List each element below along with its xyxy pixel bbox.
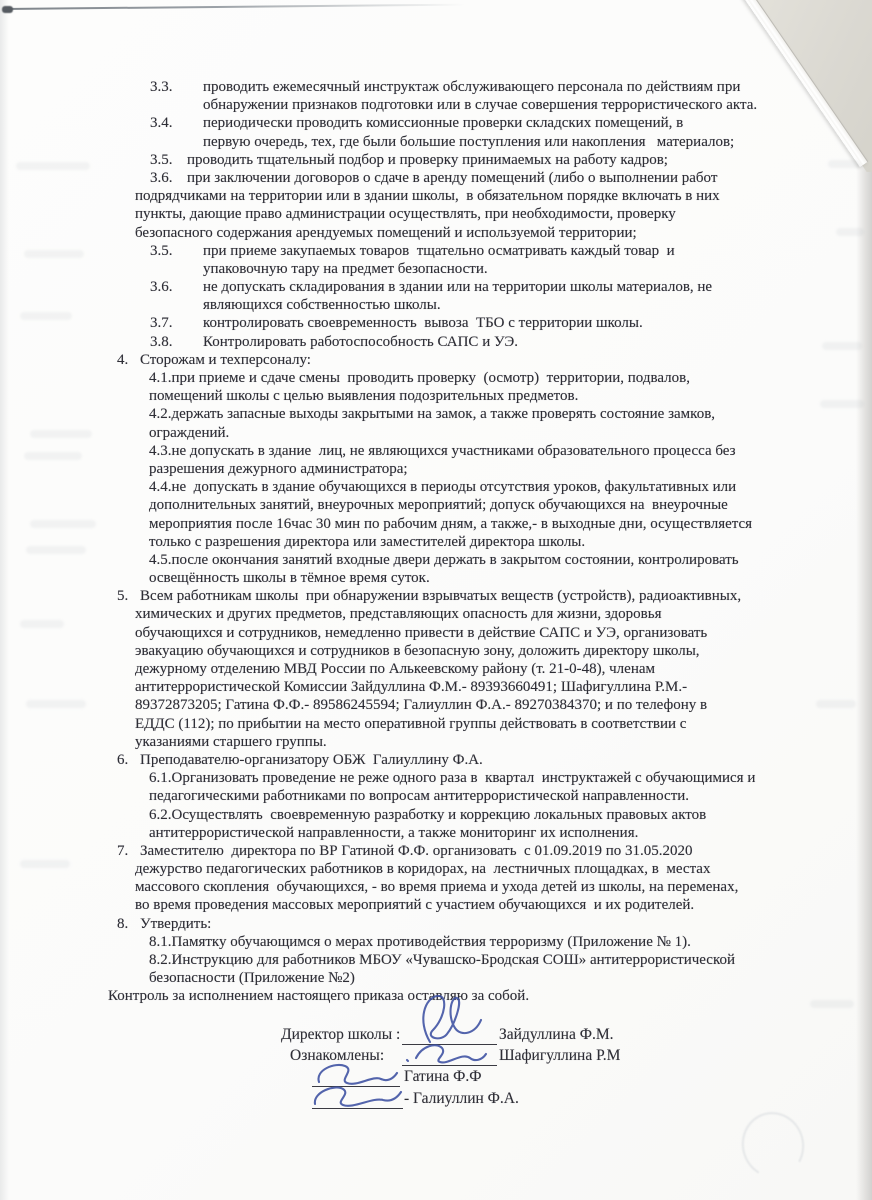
text-line: 3.5.при приеме закупаемых товаров тщател… — [0, 242, 872, 260]
text-line: во время проведения массовых мероприятий… — [0, 896, 872, 914]
handwritten-signatures — [295, 990, 525, 1115]
line-text: дополнительных занятий, внеурочных мероп… — [149, 496, 728, 514]
signature-director — [423, 996, 481, 1042]
text-line: 8.2.Инструкцию для работников МБОУ «Чува… — [0, 951, 872, 969]
line-text: во время проведения массовых мероприятий… — [135, 896, 694, 914]
line-text: Всем работникам школы при обнаружении вз… — [140, 587, 741, 605]
list-item-number: 7. — [117, 842, 128, 860]
line-text: антитеррористической направленности, а т… — [149, 824, 638, 842]
line-text: освещённость школы в тёмное время суток. — [149, 569, 430, 587]
page-top-edge-line — [4, 4, 466, 10]
text-line: 4.4.не допускать в здание обучающихся в … — [0, 478, 872, 496]
line-text: пункты, дающие право администрации осуще… — [135, 205, 676, 223]
list-item-number: 8. — [117, 915, 128, 933]
line-text: проводить ежемесячный инструктаж обслужи… — [203, 78, 740, 96]
signature-3 — [318, 1065, 397, 1084]
line-text: ЕДДС (112); по прибытии на место операти… — [135, 715, 686, 733]
list-item-number: 3.5. — [150, 242, 173, 260]
line-text: подрядчиками на территории или в здании … — [135, 187, 720, 205]
line-text: не допускать складирования в здании или … — [203, 278, 712, 296]
text-line: освещённость школы в тёмное время суток. — [0, 569, 872, 587]
text-line: 8.Утвердить: — [0, 915, 872, 933]
line-text: разрешения дежурного администратора; — [149, 460, 408, 478]
line-text: 4.3.не допускать в здание лиц, не являющ… — [149, 442, 736, 460]
text-line: мероприятия после 16час 30 мин по рабочи… — [0, 515, 872, 533]
text-line: разрешения дежурного администратора; — [0, 460, 872, 478]
list-item-number: 5. — [117, 587, 128, 605]
text-line: обучающихся и сотрудников, немедленно пр… — [0, 624, 872, 642]
text-line: антитеррористической направленности, а т… — [0, 824, 872, 842]
text-line: 7.Заместителю директора по ВР Гатиной Ф.… — [0, 842, 872, 860]
line-text: при заключении договоров о сдаче в аренд… — [187, 169, 717, 187]
text-line: 8.1.Памятку обучающимся о мерах противод… — [0, 933, 872, 951]
text-line: первую очередь, тех, где были большие по… — [0, 133, 872, 151]
line-text: дежурство педагогических работников в ко… — [135, 860, 710, 878]
text-line: 3.6.не допускать складирования в здании … — [0, 278, 872, 296]
line-text: 8.2.Инструкцию для работников МБОУ «Чува… — [149, 951, 735, 969]
line-text: при приеме закупаемых товаров тщательно … — [203, 242, 675, 260]
line-text: Утвердить: — [140, 915, 211, 933]
line-text: контролировать своевременность вывоза ТБ… — [203, 314, 643, 332]
list-item-number: 6. — [117, 751, 128, 769]
line-text: упаковочную тару на предмет безопасности… — [203, 260, 488, 278]
stamp-ghost — [735, 1105, 812, 1185]
line-text: безопасного содержания арендуемых помеще… — [135, 224, 637, 242]
line-text: проводить тщательный подбор и проверку п… — [187, 151, 668, 169]
line-text: массового скопления обучающихся, - во вр… — [135, 878, 738, 896]
text-line: ограждений. — [0, 424, 872, 442]
text-line: эвакуацию обучающихся и сотрудников в бе… — [0, 642, 872, 660]
text-line: 4.5.после окончания занятий входные двер… — [0, 551, 872, 569]
text-line: 3.4.периодически проводить комиссионные … — [0, 114, 872, 132]
text-line: 3.5.проводить тщательный подбор и провер… — [0, 151, 872, 169]
line-text: помещений школы с целью выявления подозр… — [149, 387, 578, 405]
line-text: только с разрешения директора или замест… — [149, 533, 585, 551]
text-line: ЕДДС (112); по прибытии на место операти… — [0, 715, 872, 733]
line-text: 4.2.держать запасные выходы закрытыми на… — [149, 405, 715, 423]
line-text: дежурному отделению МВД России по Алькее… — [135, 660, 655, 678]
text-line: 4.1.при приеме и сдаче смены проводить п… — [0, 369, 872, 387]
line-text: 4.4.не допускать в здание обучающихся в … — [149, 478, 736, 496]
text-line: пункты, дающие право администрации осуще… — [0, 205, 872, 223]
text-line: 3.8.Контролировать работоспособность САП… — [0, 333, 872, 351]
list-item-number: 3.6. — [150, 278, 173, 296]
text-line: 3.3.проводить ежемесячный инструктаж обс… — [0, 78, 872, 96]
list-item-number: 3.8. — [150, 333, 173, 351]
text-line: обнаружении признаков подготовки или в с… — [0, 96, 872, 114]
line-text: мероприятия после 16час 30 мин по рабочи… — [149, 515, 752, 533]
line-text: Сторожам и техперсоналу: — [140, 351, 311, 369]
signature-2 — [407, 1045, 486, 1062]
list-item-number: 3.4. — [150, 114, 173, 132]
line-text: эвакуацию обучающихся и сотрудников в бе… — [135, 642, 700, 660]
list-item-number: 3.6. — [150, 169, 173, 187]
text-line: массового скопления обучающихся, - во вр… — [0, 878, 872, 896]
signature-4 — [315, 1087, 401, 1105]
line-text: являющихся собственностью школы. — [203, 296, 441, 314]
text-line: 3.6.при заключении договоров о сдаче в а… — [0, 169, 872, 187]
line-text: 6.1.Организовать проведение не реже одно… — [149, 769, 755, 787]
text-line: указаниями старшего группы. — [0, 733, 872, 751]
list-item-number: 3.7. — [150, 314, 173, 332]
text-line: дежурство педагогических работников в ко… — [0, 860, 872, 878]
list-item-number: 3.5. — [150, 151, 173, 169]
text-line: безопасного содержания арендуемых помеще… — [0, 224, 872, 242]
line-text: безопасности (Приложение №2) — [149, 969, 355, 987]
text-line: дежурному отделению МВД России по Алькее… — [0, 660, 872, 678]
line-text: педагогическими работниками по вопросам … — [149, 787, 689, 805]
line-text: ограждений. — [149, 424, 229, 442]
text-line: подрядчиками на территории или в здании … — [0, 187, 872, 205]
line-text: первую очередь, тех, где были большие по… — [203, 133, 734, 151]
document-body: 3.3.проводить ежемесячный инструктаж обс… — [0, 78, 872, 1006]
text-line: упаковочную тару на предмет безопасности… — [0, 260, 872, 278]
line-text: Контролировать работоспособность САПС и … — [203, 333, 518, 351]
text-line: помещений школы с целью выявления подозр… — [0, 387, 872, 405]
text-line: химических и других предметов, представл… — [0, 605, 872, 623]
text-line: безопасности (Приложение №2) — [0, 969, 872, 987]
text-line: 6.2.Осуществлять своевременную разработк… — [0, 806, 872, 824]
text-line: 6.1.Организовать проведение не реже одно… — [0, 769, 872, 787]
text-line: являющихся собственностью школы. — [0, 296, 872, 314]
line-text: Заместителю директора по ВР Гатиной Ф.Ф.… — [140, 842, 692, 860]
scan-artifact — [2, 6, 13, 13]
line-text: 4.1.при приеме и сдаче смены проводить п… — [149, 369, 690, 387]
text-line: только с разрешения директора или замест… — [0, 533, 872, 551]
line-text: 4.5.после окончания занятий входные двер… — [149, 551, 739, 569]
text-line: 3.7.контролировать своевременность вывоз… — [0, 314, 872, 332]
text-line: 4.3.не допускать в здание лиц, не являющ… — [0, 442, 872, 460]
text-line: 4.Сторожам и техперсоналу: — [0, 351, 872, 369]
line-text: Преподавателю-организатору ОБЖ Галиуллин… — [140, 751, 483, 769]
line-text: 89372873205; Гатина Ф.Ф.- 89586245594; Г… — [135, 696, 707, 714]
scanned-document-page: 3.3.проводить ежемесячный инструктаж обс… — [0, 0, 872, 1200]
text-line: 5.Всем работникам школы при обнаружении … — [0, 587, 872, 605]
line-text: 6.2.Осуществлять своевременную разработк… — [149, 806, 706, 824]
line-text: указаниями старшего группы. — [135, 733, 327, 751]
text-line: 6.Преподавателю-организатору ОБЖ Галиулл… — [0, 751, 872, 769]
text-line: 89372873205; Гатина Ф.Ф.- 89586245594; Г… — [0, 696, 872, 714]
line-text: химических и других предметов, представл… — [135, 605, 661, 623]
line-text: 8.1.Памятку обучающимся о мерах противод… — [149, 933, 691, 951]
line-text: антитеррористической Комиссии Зайдуллина… — [135, 678, 687, 696]
line-text: периодически проводить комиссионные пров… — [203, 114, 683, 132]
list-item-number: 4. — [117, 351, 128, 369]
text-line: дополнительных занятий, внеурочных мероп… — [0, 496, 872, 514]
line-text: обучающихся и сотрудников, немедленно пр… — [135, 624, 707, 642]
text-line: 4.2.держать запасные выходы закрытыми на… — [0, 405, 872, 423]
text-line: педагогическими работниками по вопросам … — [0, 787, 872, 805]
list-item-number: 3.3. — [150, 78, 173, 96]
text-line: антитеррористической Комиссии Зайдуллина… — [0, 678, 872, 696]
line-text: обнаружении признаков подготовки или в с… — [203, 96, 757, 114]
